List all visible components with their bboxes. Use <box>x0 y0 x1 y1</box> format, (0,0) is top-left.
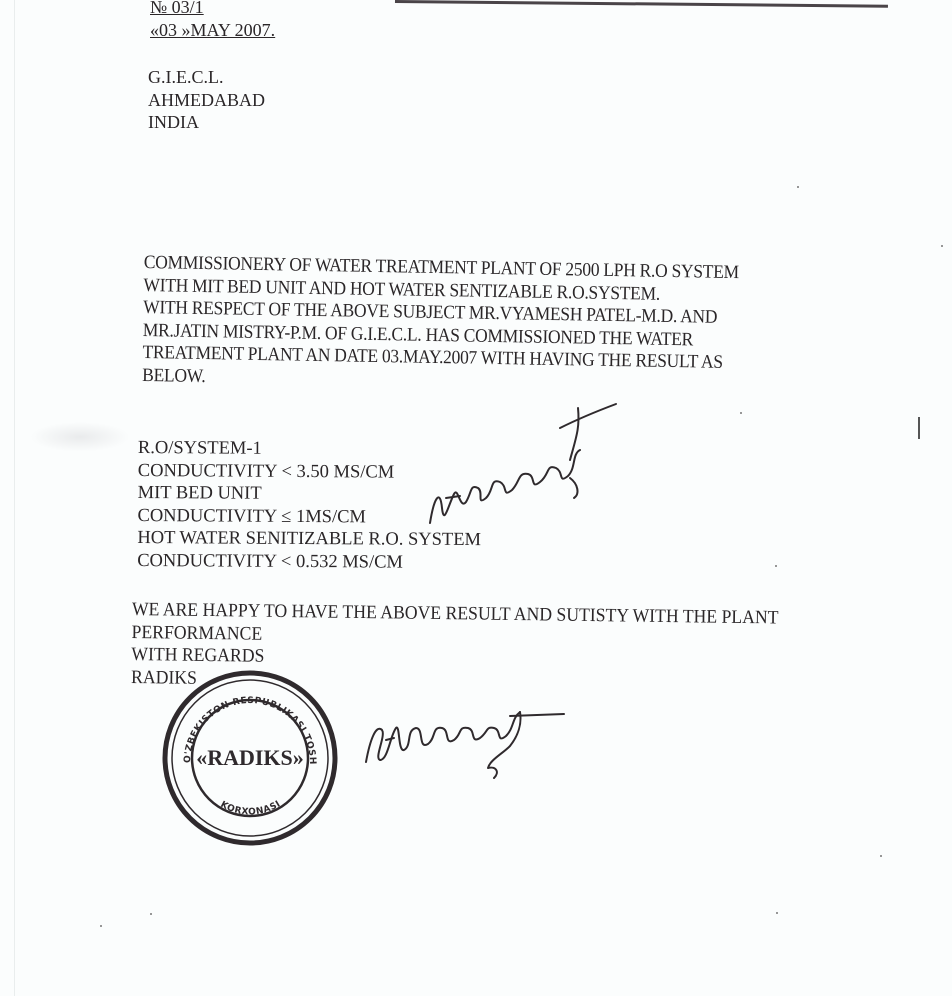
scan-mark <box>918 417 920 439</box>
company-stamp: O'ZBEKISTON RESPUBLIKASI TOSHKENT Sh. IL… <box>160 668 340 848</box>
scan-speck <box>150 913 152 915</box>
scan-smudge <box>30 422 130 452</box>
svg-text:KORXONASI: KORXONASI <box>219 799 283 817</box>
page-bottom-edge <box>0 996 952 1007</box>
scan-speck <box>880 855 882 857</box>
stamp-center-text: «RADIKS» <box>196 745 304 770</box>
scan-speck <box>100 925 102 927</box>
scan-speck <box>797 186 799 188</box>
page-edge <box>14 0 15 1000</box>
recipient-line: AHMEDABAD <box>148 89 265 112</box>
signature-icon <box>360 700 570 790</box>
letterhead-rule <box>395 0 888 8</box>
reference-date: «03 »MAY 2007. <box>150 19 275 41</box>
signature-icon <box>420 398 620 538</box>
scan-speck <box>941 245 943 247</box>
reference-number: № 03/1 <box>150 0 204 18</box>
stamp-ring-bottom-text: KORXONASI <box>219 799 283 817</box>
recipient-line: INDIA <box>148 111 265 134</box>
result-measurement: CONDUCTIVITY < 0.532 MS/CM <box>137 549 481 574</box>
recipient-address: G.I.E.C.L. AHMEDABAD INDIA <box>148 66 265 134</box>
scan-speck <box>740 412 742 414</box>
scan-speck <box>775 565 777 567</box>
scan-speck <box>776 912 778 914</box>
letter-body: COMMISSIONERY OF WATER TREATMENT PLANT O… <box>142 252 806 398</box>
recipient-line: G.I.E.C.L. <box>148 66 265 89</box>
